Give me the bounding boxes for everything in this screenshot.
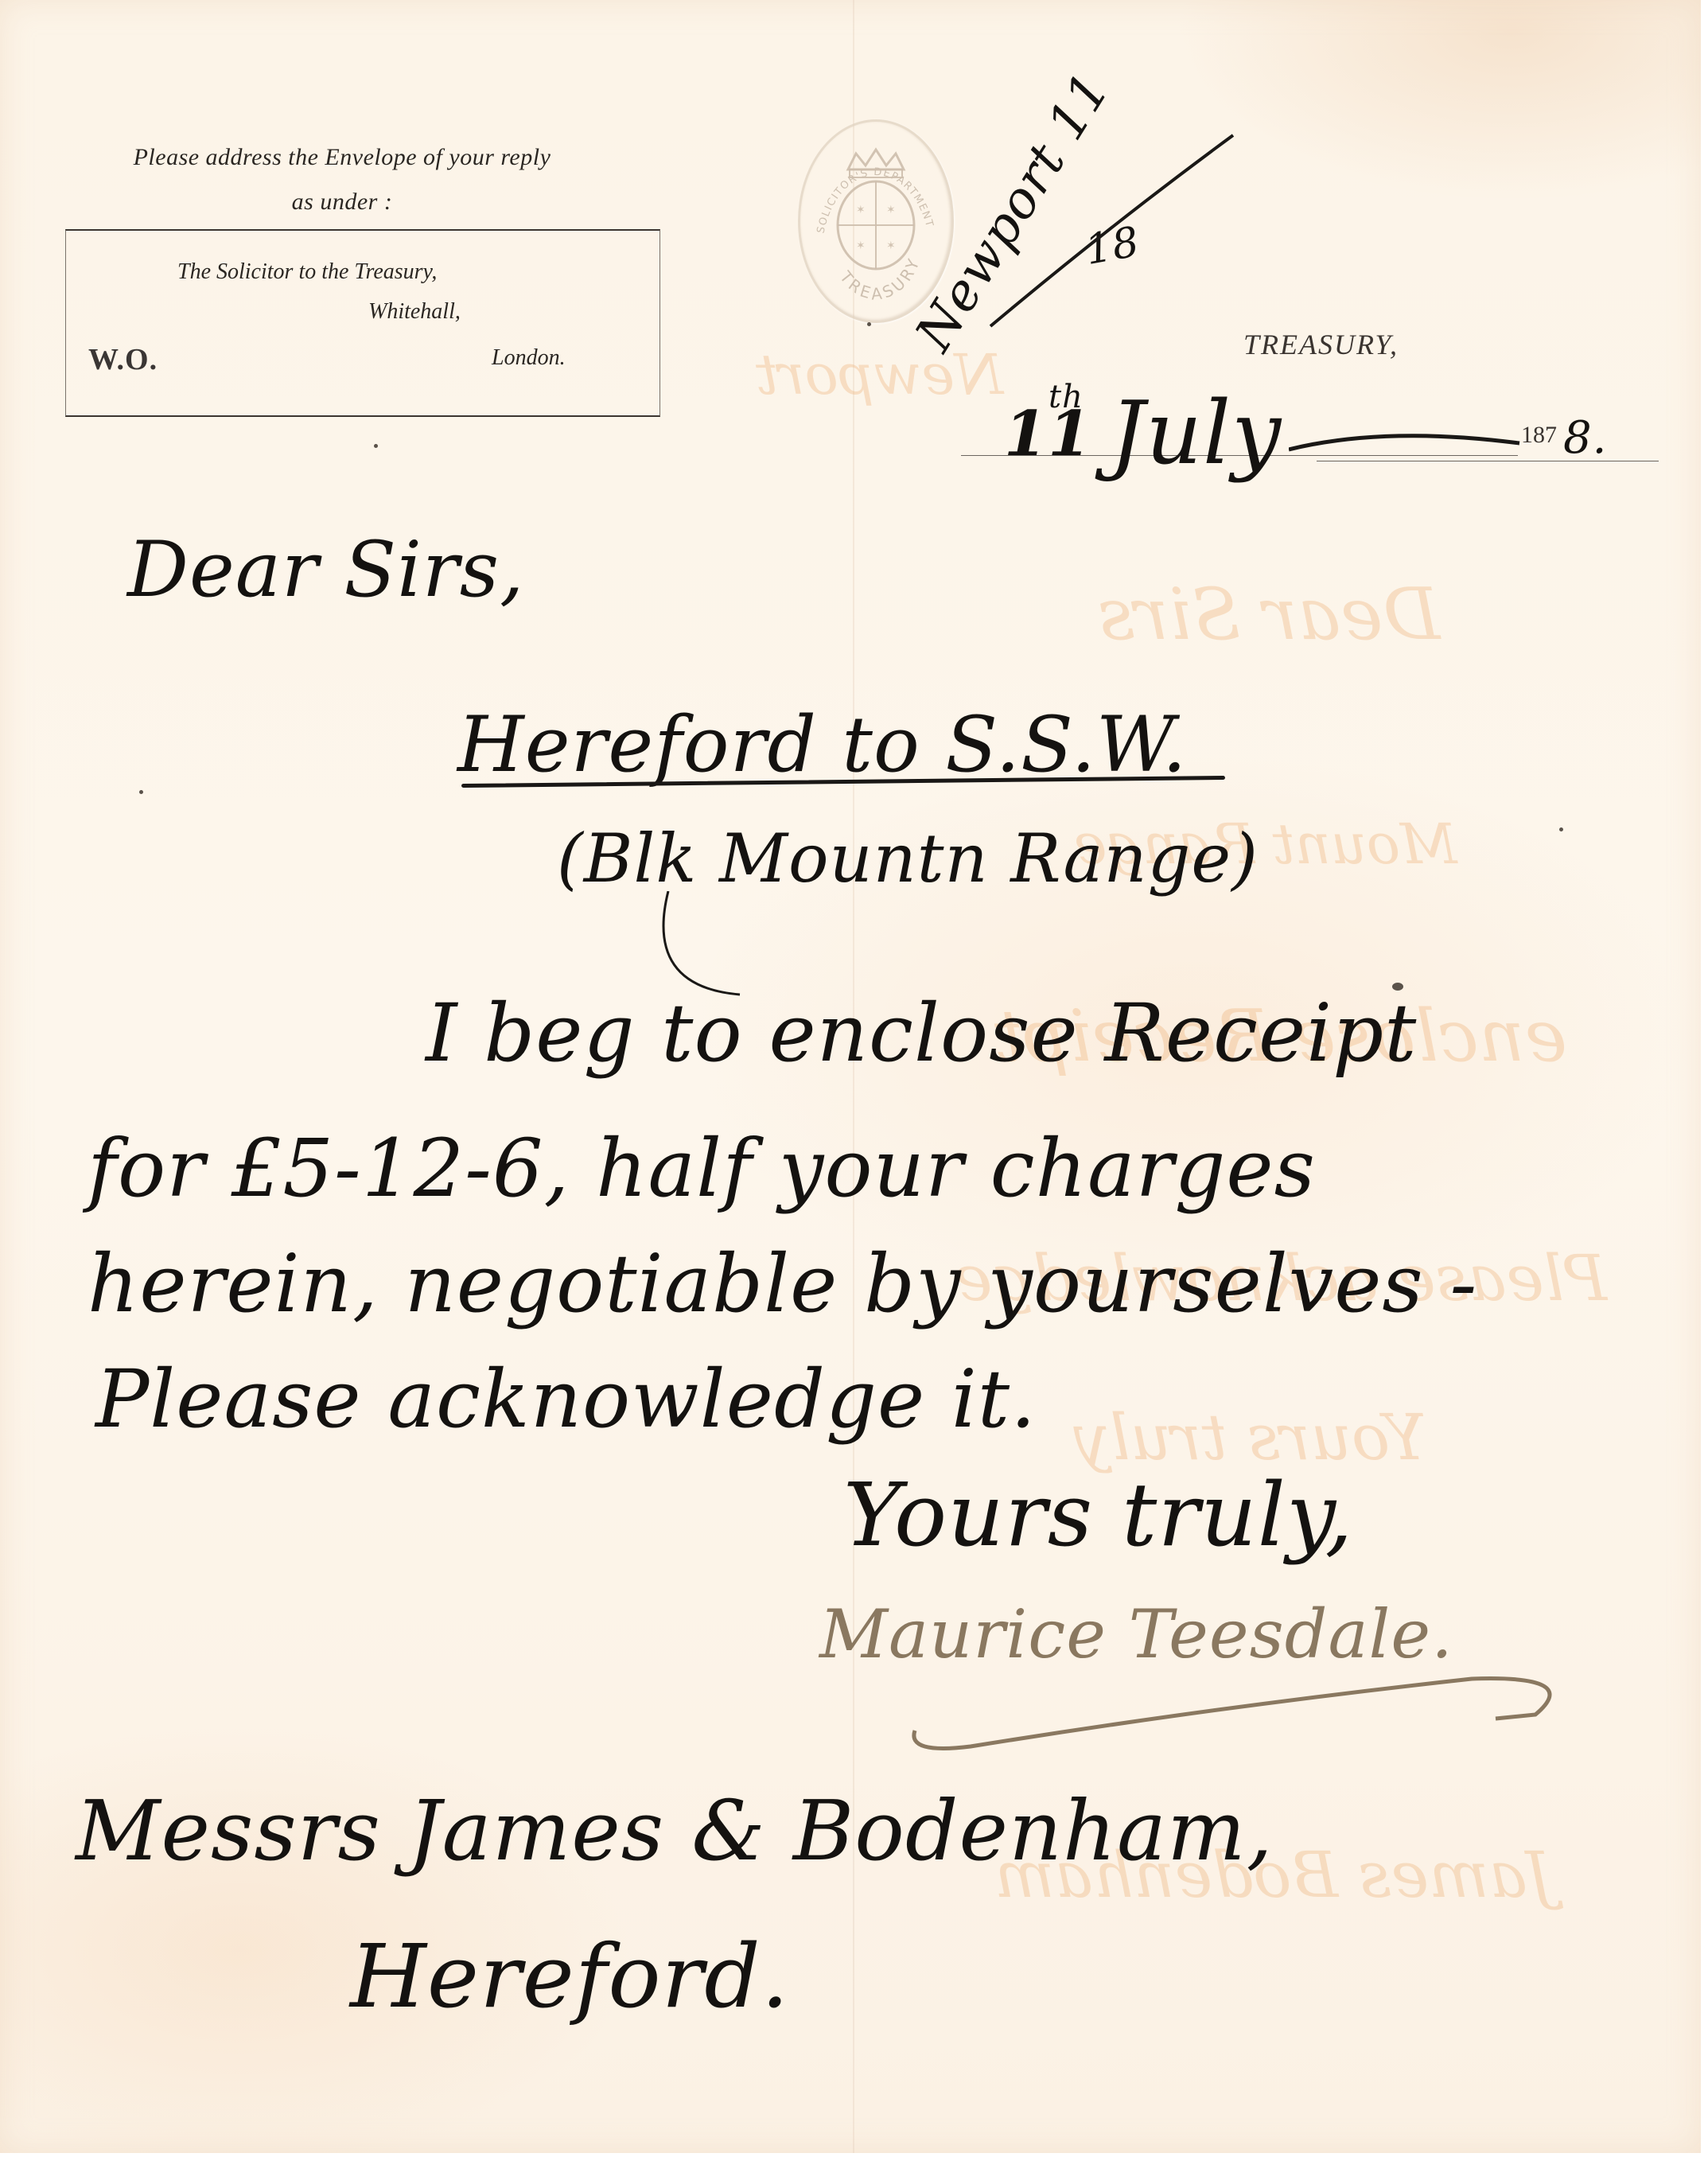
seal-bottom-text: TREASURY [835,254,924,304]
recipient-line-2: Hereford. [350,1925,790,2027]
svg-text:✶: ✶ [856,204,866,216]
district-code: W.O. [88,342,158,377]
date-month: July [1110,382,1282,484]
recipient-line-1: Messrs James & Bodenham, [76,1782,1274,1879]
date-rule-year [1317,461,1659,461]
address-line-1: The Solicitor to the Treasury, [177,259,437,285]
date-day-suffix: th [1049,379,1084,415]
envelope-instruction: Please address the Envelope of your repl… [48,135,636,224]
salutation: Dear Sirs, [127,525,525,614]
reply-address-box: The Solicitor to the Treasury, Whitehall… [65,229,660,417]
letter-paper: Dear Sirs Mount Range enclose Receipt Pl… [0,0,1701,2153]
closing: Yours truly, [843,1464,1353,1566]
svg-text:✶: ✶ [886,240,896,252]
body-line-3: herein, negotiable by yourselves - [88,1237,1477,1330]
address-line-3: London. [492,345,566,371]
bleed-through-text: Dear Sirs [1098,573,1440,656]
subject-subline: (Blk Mountn Range) [557,820,1259,897]
office-name: TREASURY, [1243,328,1399,361]
ink-speck [374,444,378,448]
ink-speck [867,322,871,326]
subject-line: Hereford to S.S.W. [457,700,1187,789]
svg-text:✶: ✶ [886,204,896,216]
ink-speck [1559,827,1563,831]
date-year-digit: 8. [1563,412,1607,464]
body-line-1: I beg to enclose Receipt [426,987,1417,1080]
body-line-4: Please acknowledge it. [95,1353,1037,1446]
svg-text:TREASURY: TREASURY [835,254,924,304]
address-line-2: Whitehall, [368,299,461,325]
ink-blot [1392,983,1403,991]
printed-year-prefix: 187 [1521,422,1557,449]
signature: Maurice Teesdale. [819,1595,1453,1673]
bleed-through-text: Newport [756,342,1003,407]
ink-speck [139,790,143,794]
body-line-2: for £5-12-6, half your charges [88,1122,1316,1215]
instruction-line-1: Please address the Envelope of your repl… [48,135,636,180]
instruction-line-2: as under : [48,180,636,224]
svg-text:✶: ✶ [856,240,866,252]
